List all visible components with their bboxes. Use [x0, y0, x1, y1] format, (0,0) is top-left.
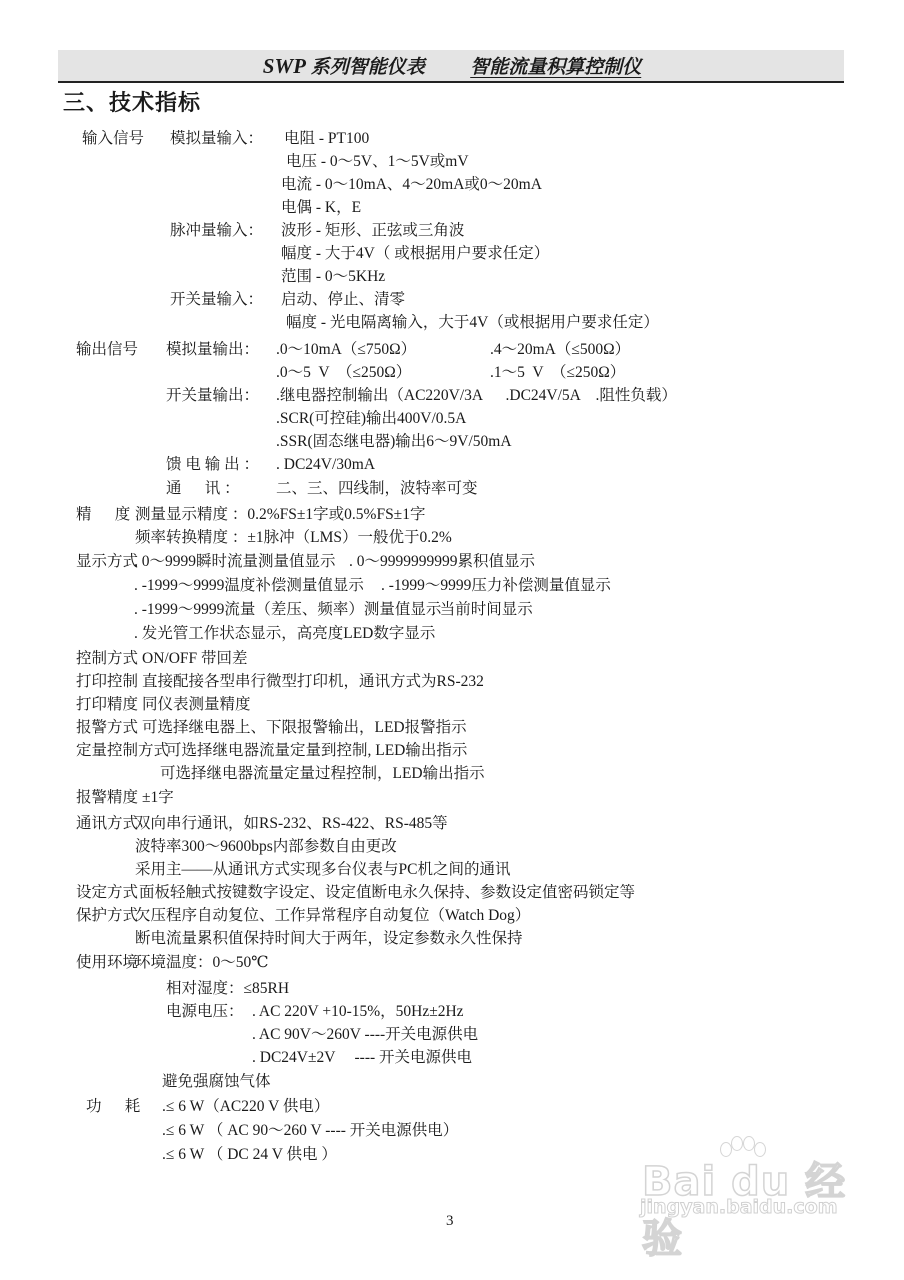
spec-text: 电源电压： — [166, 1002, 244, 1022]
spec-text: 开关量输出： — [166, 386, 259, 406]
spec-text: 精 度 — [76, 505, 130, 525]
spec-text: 范围 - 0～5KHz — [281, 267, 385, 287]
spec-text: 报警精度 — [76, 788, 138, 808]
spec-text: 可选择继电器流量定量过程控制，LED输出指示 — [160, 764, 485, 784]
spec-text: 面板轻触式按键数字设定、设定值断电永久保持、参数设定值密码锁定等 — [139, 883, 635, 903]
running-header: SWP 系列智能仪表 智能流量积算控制仪 — [0, 52, 904, 79]
spec-text: 测量显示精度 ：0.2%FS±1字或0.5%FS±1字 — [135, 505, 425, 525]
spec-text: 避免强腐蚀气体 — [162, 1072, 271, 1092]
spec-text: 设定方式 — [76, 883, 138, 903]
spec-text: 直接配接各型串行微型打印机，通讯方式为RS-232 — [142, 672, 484, 692]
spec-text: 功 耗 — [86, 1097, 140, 1117]
spec-text: 二、三、四线制，波特率可变 — [276, 479, 478, 499]
spec-text: 断电流量累积值保持时间大于两年，设定参数永久性保持 — [135, 929, 523, 949]
product-name: 智能流量积算控制仪 — [470, 57, 641, 78]
header-divider — [58, 81, 844, 83]
spec-text: 采用主——从通讯方式实现多台仪表与PC机之间的通讯 — [135, 860, 510, 880]
spec-text: 环境温度：0～50℃ — [135, 953, 269, 973]
spec-text: .4～20mA（≤500Ω） — [490, 340, 630, 360]
spec-text: 显示方式 — [76, 552, 138, 572]
spec-text: ON/OFF 带回差 — [142, 649, 248, 669]
spec-text: 打印精度 — [76, 695, 138, 715]
spec-text: 控制方式 — [76, 649, 138, 669]
spec-text: 脉冲量输入： — [170, 221, 263, 241]
spec-text: . AC 90V～260V ----开关电源供电 — [252, 1025, 478, 1045]
spec-text: 定量控制方式 — [76, 741, 169, 761]
spec-text: 幅度 - 大于4V（ 或根据用户要求任定） — [281, 244, 549, 264]
spec-text: .继电器控制输出（AC220V/3A .DC24V/5A .阻性负载） — [276, 386, 677, 406]
spec-text: . 当前时间显示 — [432, 600, 533, 620]
spec-text: 电压 - 0～5V、1～5V或mV — [286, 152, 469, 172]
series-name: SWP — [263, 54, 306, 78]
spec-text: . -1999～9999压力补偿测量值显示 — [381, 576, 611, 596]
spec-text: 输入信号 — [82, 129, 144, 149]
spec-text: 馈 电 输 出 ： — [166, 455, 259, 475]
spec-text: 波形 - 矩形、正弦或三角波 — [281, 221, 464, 241]
baidu-watermark: Bai du 经验 jingyan.baidu.com — [640, 1150, 850, 1230]
spec-text: 保护方式 — [76, 906, 138, 926]
spec-text: .SCR(可控硅)输出400V/0.5A — [276, 409, 466, 429]
spec-text: 波特率300～9600bps内部参数自由更改 — [135, 837, 397, 857]
spec-text: .≤ 6 W （ DC 24 V 供电 ） — [162, 1145, 337, 1165]
spec-text: 输出信号 — [76, 340, 138, 360]
spec-text: 相对湿度：≤85RH — [166, 979, 289, 999]
spec-text: 电阻 - PT100 — [284, 129, 369, 149]
spec-text: . AC 220V +10-15%，50Hz±2Hz — [252, 1002, 464, 1022]
spec-text: .0～10mA（≤750Ω） — [276, 340, 416, 360]
spec-text: 启动、停止、清零 — [281, 290, 405, 310]
page-number: 3 — [446, 1213, 454, 1230]
spec-text: 频率转换精度 ：±1脉冲（LMS）一般优于0.2% — [135, 528, 452, 548]
spec-text: . 发光管工作状态显示，高亮度LED数字显示 — [134, 624, 435, 644]
spec-text: . -1999～9999温度补偿测量值显示 — [134, 576, 364, 596]
spec-text: 打印控制 — [76, 672, 138, 692]
series-suffix: 系列智能仪表 — [311, 57, 425, 78]
spec-text: 电偶 - K，E — [281, 198, 361, 218]
spec-text: ±1字 — [142, 788, 174, 808]
spec-text: 可选择继电器上、下限报警输出，LED报警指示 — [142, 718, 467, 738]
spec-text: .SSR(固态继电器)输出6～9V/50mA — [276, 432, 512, 452]
spec-text: .≤ 6 W（AC220 V 供电） — [162, 1097, 329, 1117]
section-title: 三、技术指标 — [63, 86, 201, 117]
spec-text: .0～5 V （≤250Ω） — [276, 363, 411, 383]
spec-text: . DC24V±2V ---- 开关电源供电 — [252, 1048, 472, 1068]
spec-text: 幅度 - 光电隔离输入，大于4V（或根据用户要求任定） — [286, 313, 659, 333]
spec-text: 电流 - 0～10mA、4～20mA或0～20mA — [281, 175, 542, 195]
spec-text: 同仪表测量精度 — [142, 695, 251, 715]
spec-text: 欠压程序自动复位、工作异常程序自动复位（Watch Dog） — [135, 906, 530, 926]
spec-text: . -1999～9999流量（差压、频率）测量值显示 — [134, 600, 441, 620]
spec-text: 使用环境 — [76, 953, 138, 973]
spec-text: .≤ 6 W （ AC 90～260 V ---- 开关电源供电） — [162, 1121, 458, 1141]
spec-text: 双向串行通讯，如RS-232、RS-422、RS-485等 — [135, 814, 448, 834]
spec-text: 模拟量输入： — [170, 129, 263, 149]
spec-text: 报警方式 — [76, 718, 138, 738]
spec-text: 通 讯 ： — [166, 479, 240, 499]
spec-text: . 0～9999999999累积值显示 — [349, 552, 535, 572]
spec-text: . DC24V/30mA — [276, 455, 375, 475]
watermark-url: jingyan.baidu.com — [640, 1196, 838, 1218]
spec-text: 模拟量输出： — [166, 340, 259, 360]
spec-text: .1～5 V （≤250Ω） — [490, 363, 625, 383]
spec-text: 通讯方式 — [76, 814, 138, 834]
spec-text: 开关量输入： — [170, 290, 263, 310]
spec-text: . 0～9999瞬时流量测量值显示 — [134, 552, 336, 572]
spec-text: 可选择继电器流量定量到控制, LED输出指示 — [166, 741, 467, 761]
